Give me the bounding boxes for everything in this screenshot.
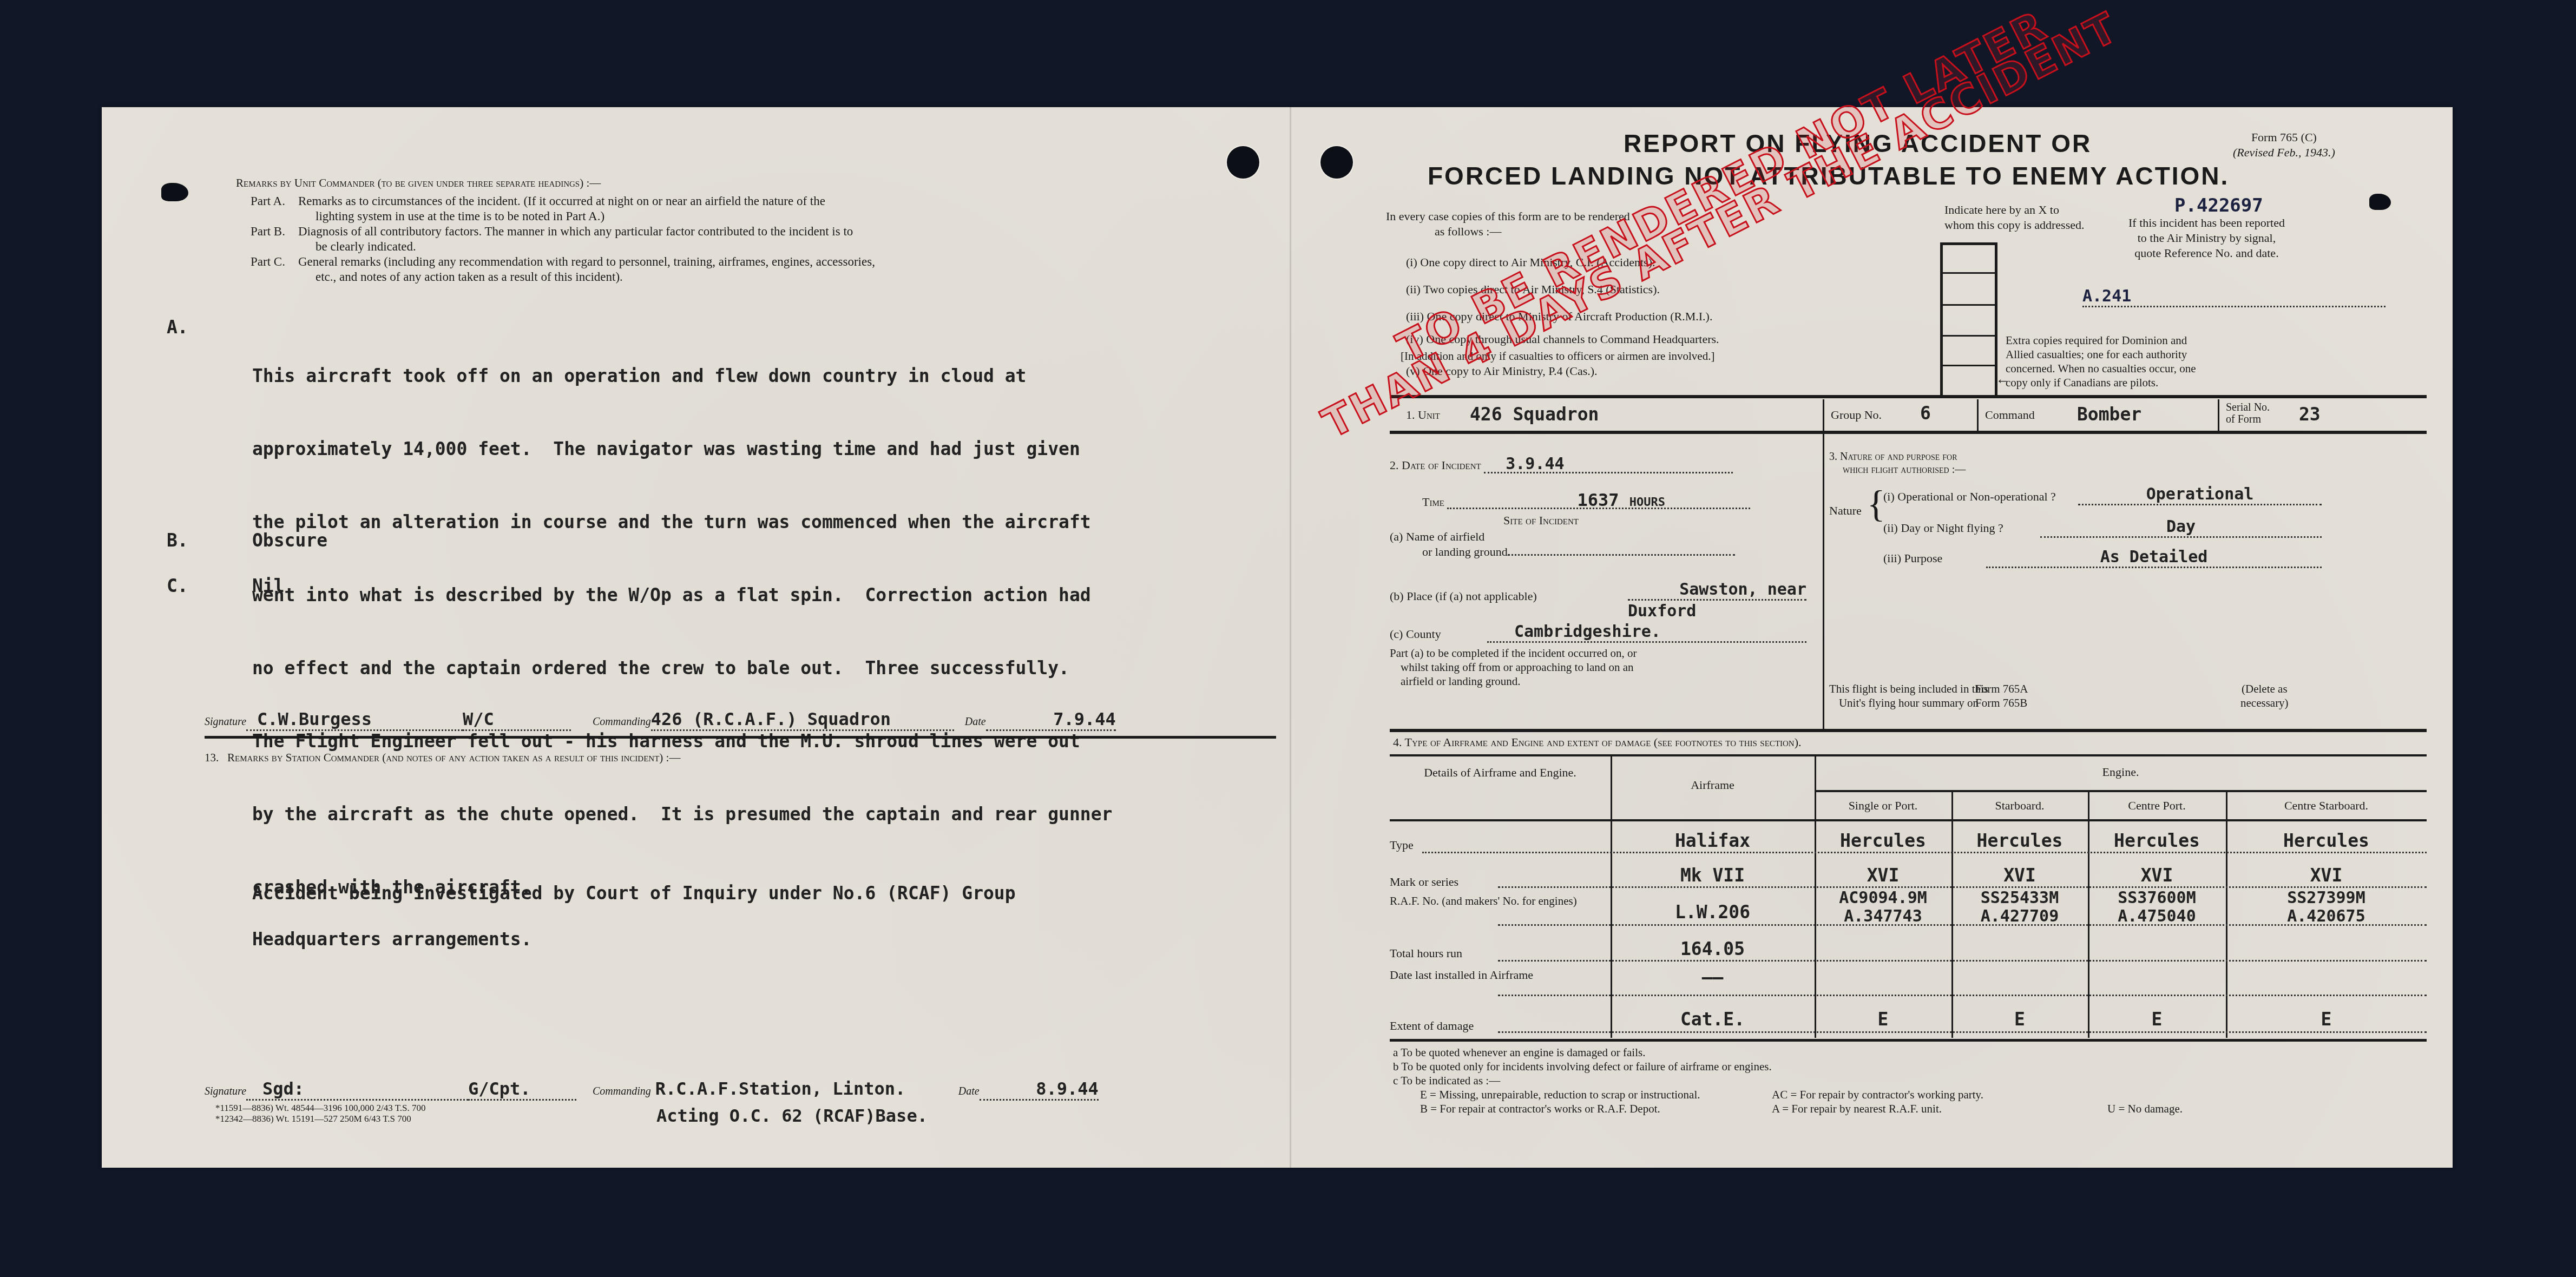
part-text-cont: etc., and notes of any action taken as a… bbox=[251, 269, 1311, 285]
unit-remarks-heading: Remarks by Unit Commander (to be given u… bbox=[236, 176, 601, 190]
summary-forms: Form 765A Form 765B bbox=[1975, 682, 2028, 710]
engine-makers-no: A.347743 bbox=[1815, 907, 1951, 926]
address-box-column bbox=[1940, 242, 1997, 398]
label-line: (a) Name of airfield bbox=[1390, 529, 1735, 544]
divider bbox=[1390, 819, 2427, 821]
serial-label: Serial No.of Form bbox=[2226, 401, 2270, 425]
print-code: *11591—8836) Wt. 48544—3196 100,000 2/43… bbox=[215, 1103, 426, 1114]
address-checkbox[interactable] bbox=[1943, 245, 1995, 274]
label-line: or landing ground bbox=[1422, 545, 1508, 558]
engine-cell: E bbox=[1815, 1009, 1951, 1030]
time-label: Time bbox=[1422, 495, 1444, 509]
cell-divider bbox=[1977, 399, 1979, 431]
airframe-engine-table: Details of Airframe and Engine. Airframe… bbox=[1390, 756, 2427, 1038]
address-checkbox[interactable] bbox=[1943, 337, 1995, 366]
extra-copies-line: copy only if Canadians are pilots. bbox=[2006, 376, 2384, 390]
section-title: Remarks by Station Commander (and notes … bbox=[227, 751, 680, 764]
summary-line: Unit's flying hour summary on bbox=[1829, 696, 1988, 710]
note-line: Part (a) to be completed if the incident… bbox=[1390, 646, 1812, 660]
narrative-line: This aircraft took off on an operation a… bbox=[252, 364, 1112, 388]
date-value: 8.9.44 bbox=[980, 1078, 1099, 1101]
divider bbox=[1390, 729, 2427, 732]
row-label: Date last installed in Airframe bbox=[1390, 967, 1606, 983]
narrative-line: went into what is described by the W/Op … bbox=[252, 583, 1112, 607]
row-label: Type bbox=[1390, 838, 1414, 853]
row-label: Extent of damage bbox=[1390, 1018, 1474, 1034]
q3-value: As Detailed bbox=[1986, 548, 2322, 568]
unit-signature-row: Signature C.W.Burgess W/C Commanding 426… bbox=[205, 709, 1276, 731]
airfield-label: (a) Name of airfield or landing ground bbox=[1390, 529, 1735, 559]
form-765b-option[interactable]: Form 765B bbox=[1975, 696, 2028, 710]
engine-raf-no: SS25433M bbox=[1951, 888, 2088, 907]
indicate-line: Indicate here by an X to bbox=[1944, 202, 2084, 218]
engine-cell: Hercules bbox=[1815, 830, 1951, 851]
engine-cell: XVI bbox=[1815, 865, 1951, 886]
summary-line: This flight is being included in this bbox=[1829, 682, 1988, 696]
cell-divider bbox=[1823, 399, 1824, 431]
part-text: Remarks as to circumstances of the incid… bbox=[298, 194, 825, 209]
damage-code: E = Missing, unrepairable, reduction to … bbox=[1420, 1088, 1772, 1102]
site-heading: Site of Incident bbox=[1503, 513, 1579, 528]
document-paper: Remarks by Unit Commander (to be given u… bbox=[102, 107, 2453, 1168]
station-signature-row: Signature Sgd: G/Cpt. Commanding R.C.A.F… bbox=[205, 1078, 1287, 1101]
address-checkbox[interactable] bbox=[1943, 274, 1995, 306]
signature-label: Signature bbox=[205, 1085, 246, 1098]
form-revised: (Revised Feb., 1943.) bbox=[2233, 145, 2335, 160]
note-line: whilst taking off from or approaching to… bbox=[1390, 660, 1812, 674]
narrative-line: by the aircraft as the chute opened. It … bbox=[252, 802, 1112, 826]
place-label: (b) Place (if (a) not applicable) bbox=[1390, 589, 1537, 604]
section-b-label: B. bbox=[167, 528, 188, 552]
delete-note: (Delete as necessary) bbox=[2240, 682, 2289, 710]
rank-value: G/Cpt. bbox=[468, 1078, 576, 1101]
signal-reference-value: A.241 bbox=[2082, 287, 2131, 306]
date-label: 2. Date of Incident bbox=[1390, 458, 1481, 472]
damage-code: AC = For repair by contractor's working … bbox=[1772, 1088, 1983, 1102]
commanding-value: R.C.A.F.Station, Linton. bbox=[651, 1078, 958, 1099]
remarks-parts: Part A.Remarks as to circumstances of th… bbox=[251, 194, 1311, 285]
engine-cell: Hercules bbox=[1951, 830, 2088, 851]
rank-value: W/C bbox=[463, 709, 571, 731]
extra-copies-line: Allied casualties; one for each authorit… bbox=[2006, 347, 2384, 361]
signal-note: If this incident has been reported to th… bbox=[2128, 215, 2285, 261]
punch-hole-icon bbox=[1227, 146, 1259, 179]
damage-code: A = For repair by nearest R.A.F. unit. bbox=[1772, 1102, 2107, 1116]
divider bbox=[1816, 790, 2427, 792]
footnotes: a To be quoted whenever an engine is dam… bbox=[1393, 1045, 2432, 1116]
print-code: *12342—8836) Wt. 15191—527 250M 6/43 T.S… bbox=[215, 1114, 426, 1124]
q1-label: (i) Operational or Non-operational ? bbox=[1883, 489, 2056, 504]
serial-value: 23 bbox=[2299, 404, 2321, 425]
airframe-cell: Mk VII bbox=[1611, 865, 1815, 886]
part-a-note: Part (a) to be completed if the incident… bbox=[1390, 646, 1812, 688]
extra-copies-note: Extra copies required for Dominion and A… bbox=[2006, 333, 2384, 390]
station-signature-extra: Acting O.C. 62 (RCAF)Base. bbox=[656, 1105, 928, 1126]
footnote-c: c To be indicated as :— bbox=[1393, 1074, 2432, 1088]
nature-label: Nature bbox=[1829, 503, 1862, 518]
engine-raf-no: AC9094.9M bbox=[1815, 888, 1951, 907]
section-a-label: A. bbox=[167, 315, 188, 339]
damage-code: B = For repair at contractor's works or … bbox=[1420, 1102, 1772, 1116]
airframe-cell: L.W.206 bbox=[1611, 901, 1815, 923]
engine-cell: E bbox=[2226, 1009, 2427, 1030]
row-dots bbox=[1422, 852, 2427, 853]
extra-copies-line: Extra copies required for Dominion and bbox=[2006, 333, 2384, 347]
date-value: 3.9.44 bbox=[1484, 457, 1733, 473]
reference-number: P.422697 bbox=[2174, 195, 2263, 216]
part-text-cont: be clearly indicated. bbox=[251, 239, 1311, 254]
extra-copies-line: concerned. When no casualties occur, one bbox=[2006, 361, 2384, 376]
date-value: 7.9.44 bbox=[986, 709, 1116, 731]
airframe-cell: Halifax bbox=[1611, 830, 1815, 851]
engine-makers-no: A.427709 bbox=[1951, 907, 2088, 926]
damage-code: U = No damage. bbox=[2107, 1102, 2183, 1116]
incident-time-row: Time 1637 hours bbox=[1422, 492, 1750, 510]
engine-cell: XVI bbox=[1951, 865, 2088, 886]
row-label: R.A.F. No. (and makers' No. for engines) bbox=[1390, 894, 1606, 908]
engine-cell: E bbox=[2088, 1009, 2226, 1030]
divider bbox=[1390, 431, 2427, 434]
part-label: Part C. bbox=[251, 254, 298, 269]
engine-makers-no: A.420675 bbox=[2226, 907, 2427, 926]
heading-line: which flight authorised :— bbox=[1829, 463, 1966, 476]
unit-row: 1. Unit 426 Squadron Group No. 6 Command… bbox=[1390, 399, 2427, 431]
punch-hole-icon bbox=[1320, 146, 1353, 179]
divider bbox=[205, 736, 1276, 739]
group-label: Group No. bbox=[1831, 408, 1882, 422]
signature-value: C.W.Burgess bbox=[246, 709, 463, 731]
row-label: Mark or series bbox=[1390, 874, 1458, 890]
col-engine-centre-starboard: Centre Starboard. bbox=[2226, 799, 2427, 813]
unit-value: 426 Squadron bbox=[1470, 404, 1599, 425]
row-label: Total hours run bbox=[1390, 946, 1462, 961]
brace-icon: { bbox=[1867, 486, 1885, 524]
footnote-b: b To be quoted only for incidents involv… bbox=[1393, 1059, 2432, 1074]
section-c-text: Nil bbox=[252, 574, 285, 598]
delete-line: necessary) bbox=[2240, 696, 2289, 710]
section-number: 13. bbox=[205, 751, 219, 764]
form-number-block: Form 765 (C) (Revised Feb., 1943.) bbox=[2233, 130, 2335, 160]
row-dots bbox=[1498, 995, 2427, 996]
airframe-heading: 4. Type of Airframe and Engine and exten… bbox=[1393, 735, 1802, 750]
narrative-line: approximately 14,000 feet. The navigator… bbox=[252, 437, 1112, 461]
divider bbox=[1390, 395, 2427, 398]
row-dots bbox=[1498, 960, 2427, 962]
print-codes: *11591—8836) Wt. 48544—3196 100,000 2/43… bbox=[215, 1103, 426, 1124]
command-value: Bomber bbox=[2077, 404, 2141, 425]
signal-reference-field: A.241 bbox=[2082, 287, 2386, 307]
county-value: Cambridgeshire. bbox=[1487, 622, 1806, 643]
q2-value: Day bbox=[2040, 517, 2322, 538]
engine-cell: Hercules bbox=[2088, 830, 2226, 851]
indicate-note: Indicate here by an X to whom this copy … bbox=[1944, 202, 2084, 233]
part-text: General remarks (including any recommend… bbox=[298, 254, 875, 269]
q3-label: (iii) Purpose bbox=[1883, 551, 1942, 566]
col-details-header: Details of Airframe and Engine. bbox=[1390, 765, 1611, 780]
col-engine-starboard: Starboard. bbox=[1951, 799, 2088, 813]
staple-tear-icon bbox=[161, 183, 188, 201]
commanding-value: 426 (R.C.A.F.) Squadron bbox=[651, 709, 954, 731]
place-value-line1: Sawston, near bbox=[1628, 580, 1806, 601]
engine-cell: XVI bbox=[2226, 865, 2427, 886]
section-c-label: C. bbox=[167, 574, 188, 598]
section-divider bbox=[1823, 434, 1824, 729]
address-checkbox[interactable] bbox=[1943, 306, 1995, 337]
footnote-a: a To be quoted whenever an engine is dam… bbox=[1393, 1045, 2432, 1059]
col-engine-header: Engine. bbox=[1815, 765, 2427, 779]
summary-note: This flight is being included in this Un… bbox=[1829, 682, 1988, 710]
part-label: Part B. bbox=[251, 224, 298, 239]
engine-raf-no: SS27399M bbox=[2226, 888, 2427, 907]
engine-cell: E bbox=[1951, 1009, 2088, 1030]
station-remarks-line: Accident being investigated by Court of … bbox=[252, 881, 1016, 905]
airfield-field bbox=[1508, 554, 1735, 556]
address-checkbox[interactable] bbox=[1943, 366, 1995, 393]
form-number: Form 765 (C) bbox=[2233, 130, 2335, 145]
place-value-line2: Duxford bbox=[1628, 602, 1696, 621]
command-label: Command bbox=[1985, 408, 2035, 422]
time-value: 1637 hours bbox=[1447, 492, 1750, 509]
commanding-label: Commanding bbox=[593, 1085, 651, 1098]
engine-cell: Hercules bbox=[2226, 830, 2427, 851]
q1-value: Operational bbox=[2078, 485, 2322, 505]
date-label: Date bbox=[958, 1085, 980, 1098]
staple-tear-icon bbox=[2369, 194, 2391, 210]
airframe-cell: —— bbox=[1611, 966, 1815, 988]
note-line: airfield or landing ground. bbox=[1390, 674, 1812, 688]
engine-cell: XVI bbox=[2088, 865, 2226, 886]
airframe-cell: Cat.E. bbox=[1611, 1009, 1815, 1030]
part-label: Part A. bbox=[251, 194, 298, 209]
signal-note-line: If this incident has been reported bbox=[2128, 215, 2285, 231]
cell-divider bbox=[2218, 399, 2219, 431]
indicate-line: whom this copy is addressed. bbox=[1944, 218, 2084, 233]
commanding-label: Commanding bbox=[593, 716, 651, 728]
narrative-line: The Flight Engineer fell out - his harne… bbox=[252, 729, 1112, 753]
signal-note-line: quote Reference No. and date. bbox=[2128, 246, 2285, 261]
section-a-text: This aircraft took off on an operation a… bbox=[252, 315, 1112, 948]
col-engine-single-port: Single or Port. bbox=[1815, 799, 1951, 813]
delete-line: (Delete as bbox=[2240, 682, 2289, 696]
narrative-line: the pilot an alteration in course and th… bbox=[252, 510, 1112, 534]
col-airframe-header: Airframe bbox=[1611, 778, 1815, 792]
engine-raf-no: SS37600M bbox=[2088, 888, 2226, 907]
q2-label: (ii) Day or Night flying ? bbox=[1883, 521, 2003, 536]
engine-makers-no: A.475040 bbox=[2088, 907, 2226, 926]
nature-heading: 3. Nature of and purpose for which fligh… bbox=[1829, 450, 1966, 476]
copies-intro-line: In every case copies of this form are to… bbox=[1386, 209, 1630, 224]
station-remarks-heading: 13. Remarks by Station Commander (and no… bbox=[205, 751, 680, 765]
row-dots bbox=[1498, 886, 2427, 888]
row-dots bbox=[1498, 924, 2427, 926]
heading-line: 3. Nature of and purpose for bbox=[1829, 450, 1966, 463]
signal-note-line: to the Air Ministry by signal, bbox=[2128, 231, 2285, 246]
form-765a-option[interactable]: Form 765A bbox=[1975, 682, 2028, 696]
signature-value: Sgd: bbox=[246, 1078, 468, 1101]
part-text: Diagnosis of all contributory factors. T… bbox=[298, 224, 853, 239]
date-label: Date bbox=[965, 716, 986, 728]
airframe-cell: 164.05 bbox=[1611, 938, 1815, 959]
part-text-cont: lighting system in use at the time is to… bbox=[251, 209, 1311, 224]
row-dots bbox=[1498, 1031, 2427, 1033]
county-label: (c) County bbox=[1390, 627, 1441, 642]
divider bbox=[1390, 1039, 2427, 1042]
group-value: 6 bbox=[1920, 403, 1931, 424]
signature-label: Signature bbox=[205, 716, 246, 728]
narrative-line: no effect and the captain ordered the cr… bbox=[252, 656, 1112, 680]
station-remarks-line: Headquarters arrangements. bbox=[252, 927, 532, 951]
unit-label: 1. Unit bbox=[1406, 408, 1440, 422]
incident-date-row: 2. Date of Incident 3.9.44 bbox=[1390, 457, 1801, 473]
col-engine-centre-port: Centre Port. bbox=[2088, 799, 2226, 813]
section-b-text: Obscure bbox=[252, 528, 327, 552]
